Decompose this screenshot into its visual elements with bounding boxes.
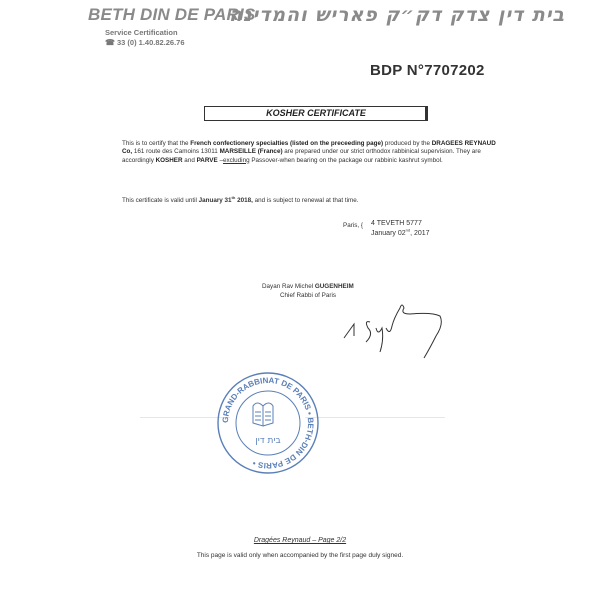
hebrew-date: 4 TEVETH 5777 [371, 220, 422, 227]
footer-page-title: Dragées Reynaud – Page 2/2 [0, 537, 600, 544]
phone-icon: ☎ [105, 38, 115, 47]
company-city: MARSEILLE (France) [220, 148, 283, 155]
signatory-name: Dayan Rav Michel GUGENHEIM [262, 283, 354, 290]
text-segment: and is subject to renewal at that time. [253, 197, 359, 204]
phone-number: 33 (0) 1.40.82.26.76 [117, 38, 185, 47]
name-prefix: Dayan Rav Michel [262, 283, 315, 290]
date-year: , 2017 [410, 230, 429, 237]
expiry-year: 2018, [235, 197, 253, 204]
certification-paragraph: This is to certify that the French confe… [122, 140, 497, 165]
date-text: January 02 [371, 230, 406, 237]
service-label: Service Certification [105, 28, 178, 37]
phone-line: ☎33 (0) 1.40.82.26.76 [105, 38, 185, 47]
company-address: 161 route des Camoins 13011 [132, 148, 219, 155]
expiry-date: January 31 [199, 197, 232, 204]
footer-note: This page is valid only when accompanied… [0, 552, 600, 559]
product-description: French confectionery specialties (listed… [190, 140, 383, 147]
text-segment: This is to certify that the [122, 140, 190, 147]
text-segment: and [183, 157, 197, 164]
text-segment: Passover-when bearing on the package our… [250, 157, 443, 164]
signatory-title: Chief Rabbi of Paris [280, 292, 336, 299]
gregorian-date: January 02nd, 2017 [371, 230, 430, 237]
kosher-status: KOSHER [156, 157, 183, 164]
excluding-note: excluding [223, 157, 250, 164]
stamp-ring-text: GRAND-RABBINAT DE PARIS • BETH-DIN DE PA… [221, 376, 315, 470]
parve-status: PARVE [197, 157, 218, 164]
divider [305, 417, 445, 418]
date-place: Paris, { [343, 222, 363, 229]
text-segment: produced by the [383, 140, 432, 147]
svg-text:GRAND-RABBINAT DE PARIS • BETH: GRAND-RABBINAT DE PARIS • BETH-DIN DE PA… [221, 376, 315, 470]
certificate-number: BDP N°7707202 [370, 62, 485, 79]
tablets-icon [253, 403, 273, 426]
surname: GUGENHEIM [315, 283, 354, 290]
signature-image [340, 300, 460, 360]
certificate-title: KOSHER CERTIFICATE [204, 106, 428, 121]
stamp-center-text: בית דין [255, 436, 280, 446]
rabbinate-stamp: GRAND-RABBINAT DE PARIS • BETH-DIN DE PA… [213, 368, 323, 478]
validity-statement: This certificate is valid until January … [122, 197, 359, 204]
org-name-he: בית דין צדק דק״ק פאריש והמדינה [215, 4, 565, 26]
text-segment: This certificate is valid until [122, 197, 199, 204]
